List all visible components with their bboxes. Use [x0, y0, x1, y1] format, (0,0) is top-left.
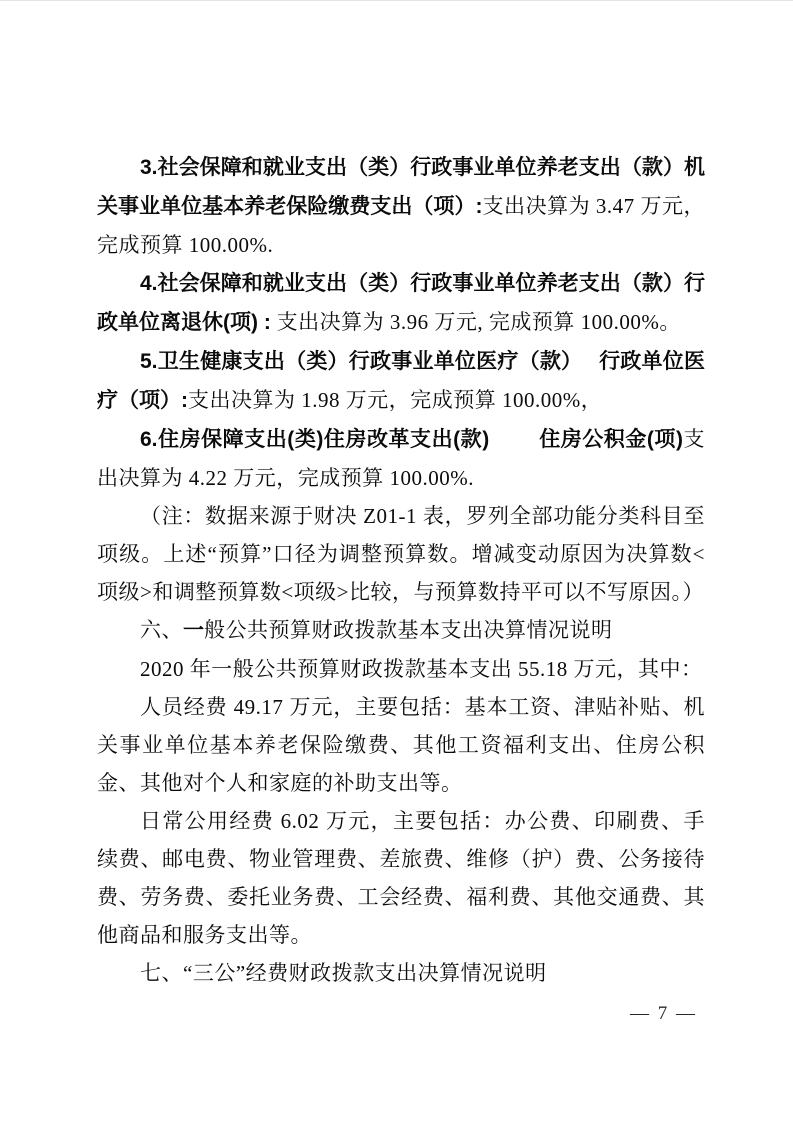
- basic-expense-total-paragraph: 2020 年一般公共预算财政拨款基本支出 55.18 万元，其中：: [97, 650, 705, 688]
- expense-item-5: 5.卫生健康支出（类）行政事业单位医疗（款） 行政单位医疗（项）:支出决算为 1…: [97, 342, 705, 420]
- document-page: { "page": { "background": "#ffffff", "te…: [0, 0, 793, 1123]
- section-6-bold-char: 一: [183, 619, 204, 642]
- document-body: 3.社会保障和就业支出（类）行政事业单位养老支出（款）机关事业单位基本养老保险缴…: [97, 148, 705, 992]
- section-6-prefix: 六、: [140, 618, 183, 642]
- data-source-note-text: （注：数据来源于财决 Z01-1 表，罗列全部功能分类科目至项级。上述“预算”口…: [97, 504, 705, 604]
- basic-expense-total-text: 2020 年一般公共预算财政拨款基本支出 55.18 万元，其中：: [140, 657, 703, 681]
- page-number: — 7 —: [630, 1003, 697, 1025]
- personnel-expense-text: 人员经费 49.17 万元，主要包括：基本工资、津贴补贴、机关事业单位基本养老保…: [97, 695, 705, 795]
- expense-item-4: 4.社会保障和就业支出（类）行政事业单位养老支出（款）行政单位离退休(项) : …: [97, 264, 705, 342]
- daily-operating-expense-text: 日常公用经费 6.02 万元，主要包括：办公费、印刷费、手续费、邮电费、物业管理…: [97, 809, 705, 947]
- expense-item-6: 6.住房保障支出(类)住房改革支出(款) 住房公积金(项)支出决算为 4.22 …: [97, 420, 705, 497]
- expense-item-5-value: 支出决算为 1.98 万元，完成预算 100.00%，: [188, 388, 602, 412]
- section-7-heading: 七、“三公”经费财政拨款支出决算情况说明: [97, 954, 705, 992]
- daily-operating-expense-paragraph: 日常公用经费 6.02 万元，主要包括：办公费、印刷费、手续费、邮电费、物业管理…: [97, 802, 705, 954]
- expense-item-4-value: 支出决算为 3.96 万元, 完成预算 100.00%。: [277, 310, 681, 334]
- data-source-note: （注：数据来源于财决 Z01-1 表，罗列全部功能分类科目至项级。上述“预算”口…: [97, 497, 705, 611]
- section-7-title: 七、“三公”经费财政拨款支出决算情况说明: [140, 961, 547, 985]
- section-6-title-rest: 般公共预算财政拨款基本支出决算情况说明: [204, 618, 613, 642]
- section-6-heading: 六、一般公共预算财政拨款基本支出决算情况说明: [97, 611, 705, 650]
- expense-item-6-heading: 6.住房保障支出(类)住房改革支出(款) 住房公积金(项): [140, 428, 683, 451]
- personnel-expense-paragraph: 人员经费 49.17 万元，主要包括：基本工资、津贴补贴、机关事业单位基本养老保…: [97, 688, 705, 802]
- expense-item-3: 3.社会保障和就业支出（类）行政事业单位养老支出（款）机关事业单位基本养老保险缴…: [97, 148, 705, 264]
